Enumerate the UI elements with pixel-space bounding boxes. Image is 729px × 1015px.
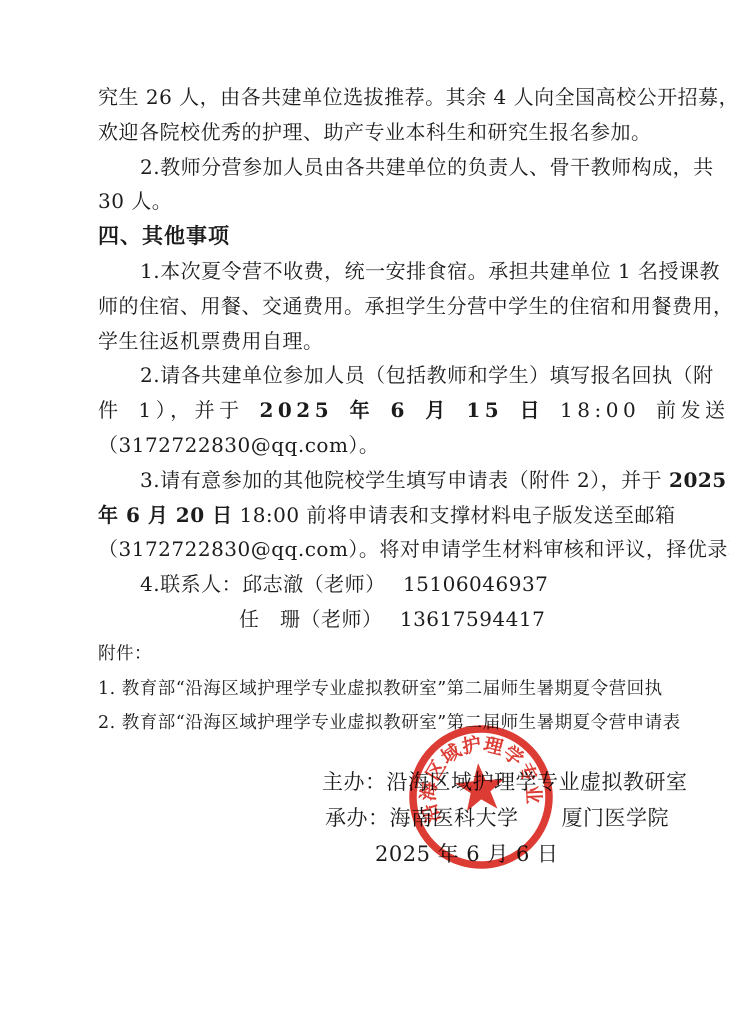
date-line: 2025 年 6 月 6 日 — [98, 837, 644, 872]
text-segment: 4.联系人：邱志澈（老师） 15106046937 — [140, 572, 548, 596]
item1-line-1: 1.本次夏令营不收费，统一安排食宿。承担共建单位 1 名授课教 — [98, 254, 644, 289]
text-segment: 究生 26 人，由各共建单位选拔推荐。其余 4 人向全国高校公开招募， — [98, 85, 729, 109]
attachment-2: 2. 教育部“沿海区域护理学专业虚拟教研室”第二届师生暑期夏令营申请表 — [98, 706, 644, 741]
text-segment: 学生往返机票费用自理。 — [98, 329, 324, 353]
bold-text-segment: 四、其他事项 — [98, 223, 230, 248]
text-segment: 主办：沿海区域护理学专业虚拟教研室 — [322, 770, 688, 794]
text-segment: 欢迎各院校优秀的护理、助产专业本科生和研究生报名参加。 — [98, 120, 652, 144]
teacher-camp-line-1: 2.教师分营参加人员由各共建单位的负责人、骨干教师构成，共 — [98, 150, 644, 185]
text-segment: 师的住宿、用餐、交通费用。承担学生分营中学生的住宿和用餐费用， — [98, 294, 729, 318]
item2-line-2: 件 1），并于 2025 年 6 月 15 日 18:00 前发送至邮箱 — [98, 393, 644, 428]
item1-line-2: 师的住宿、用餐、交通费用。承担学生分营中学生的住宿和用餐费用， — [98, 289, 644, 324]
co-organizer-line: 承办：海南医科大学 厦门医学院 — [98, 800, 644, 837]
text-segment: 附件： — [98, 644, 152, 664]
document-page: 究生 26 人，由各共建单位选拔推荐。其余 4 人向全国高校公开招募，欢迎各院校… — [0, 0, 729, 1015]
organizer-line: 主办：沿海区域护理学专业虚拟教研室 — [98, 765, 644, 800]
item1-line-3: 学生往返机票费用自理。 — [98, 324, 644, 359]
text-segment: 2.教师分营参加人员由各共建单位的负责人、骨干教师构成，共 — [140, 155, 714, 179]
text-segment: 18:00 前将申请表和支撑材料电子版发送至邮箱 — [233, 503, 676, 527]
item2-line-1: 2.请各共建单位参加人员（包括教师和学生）填写报名回执（附 — [98, 358, 644, 393]
contact-line-1: 4.联系人：邱志澈（老师） 15106046937 — [98, 567, 644, 602]
text-segment: 2.请各共建单位参加人员（包括教师和学生）填写报名回执（附 — [140, 363, 714, 387]
text-segment: 18:00 前发送至邮箱 — [544, 398, 729, 422]
document-body: 究生 26 人，由各共建单位选拔推荐。其余 4 人向全国高校公开招募，欢迎各院校… — [98, 80, 644, 872]
intro-line-2: 欢迎各院校优秀的护理、助产专业本科生和研究生报名参加。 — [98, 115, 644, 150]
bold-text-segment: 2025 年 6 月 15 日 — [259, 398, 544, 422]
text-segment: 任 珊（老师） 13617594417 — [239, 607, 545, 631]
section-heading: 四、其他事项 — [98, 219, 644, 254]
intro-line-1: 究生 26 人，由各共建单位选拔推荐。其余 4 人向全国高校公开招募， — [98, 80, 644, 115]
contact-line-2: 任 珊（老师） 13617594417 — [98, 602, 644, 637]
bold-text-segment: 年 6 月 20 日 — [98, 503, 233, 527]
item3-line-3: （3172722830@qq.com）。将对申请学生材料审核和评议，择优录取。 — [98, 532, 644, 567]
text-segment: 3.请有意参加的其他院校学生填写申请表（附件 2），并于 — [140, 468, 669, 492]
bold-text-segment: 2025 — [669, 468, 727, 492]
text-segment: 1.本次夏令营不收费，统一安排食宿。承担共建单位 1 名授课教 — [140, 259, 720, 283]
text-segment: 30 人。 — [98, 189, 172, 213]
text-segment: 2025 年 6 月 6 日 — [375, 842, 559, 866]
item3-line-1: 3.请有意参加的其他院校学生填写申请表（附件 2），并于 2025 — [98, 463, 644, 498]
text-segment: 承办：海南医科大学 厦门医学院 — [325, 806, 669, 830]
text-segment: （3172722830@qq.com）。 — [98, 433, 379, 457]
item3-line-2: 年 6 月 20 日 18:00 前将申请表和支撑材料电子版发送至邮箱 — [98, 498, 644, 533]
text-segment: 1. 教育部“沿海区域护理学专业虚拟教研室”第二届师生暑期夏令营回执 — [98, 679, 663, 699]
attachments-label: 附件： — [98, 637, 644, 672]
text-segment: 2. 教育部“沿海区域护理学专业虚拟教研室”第二届师生暑期夏令营申请表 — [98, 713, 681, 733]
teacher-camp-line-2: 30 人。 — [98, 184, 644, 219]
text-segment: （3172722830@qq.com）。将对申请学生材料审核和评议，择优录取。 — [98, 537, 729, 561]
attachment-1: 1. 教育部“沿海区域护理学专业虚拟教研室”第二届师生暑期夏令营回执 — [98, 672, 644, 707]
item2-line-3: （3172722830@qq.com）。 — [98, 428, 644, 463]
text-segment: 件 1），并于 — [98, 398, 259, 422]
